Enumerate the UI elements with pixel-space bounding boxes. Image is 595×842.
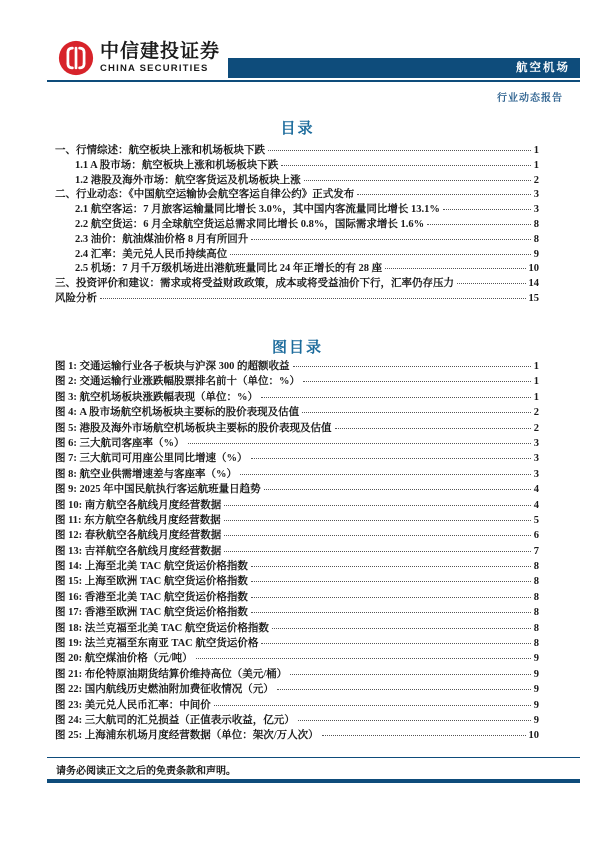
figure-entry-label: 图 1: 交通运输行业各子板块与沪深 300 的超额收益 [55,358,290,373]
figure-entry-page: 10 [529,730,540,741]
figure-entry-page: 8 [534,623,539,634]
figure-entry-page: 4 [534,500,539,511]
figure-entry-label: 图 15: 上海至欧洲 TAC 航空货运价格指数 [55,573,248,588]
dotted-leader [264,489,531,490]
figure-entry-label: 图 18: 法兰克福至北美 TAC 航空货运价格指数 [55,620,269,635]
footer-disclaimer: 请务必阅读正文之后的免责条款和声明。 [56,762,236,777]
brand-logo: 中信建投证券 CHINA SECURITIES [58,40,220,76]
dotted-leader [188,443,531,444]
figure-entry-label: 图 13: 吉祥航空各航线月度经营数据 [55,543,221,558]
figure-entry-page: 9 [534,653,539,664]
toc-list: 一、行情综述：航空板块上涨和机场板块下跌 1 1.1 A 股市场：航空板块上涨和… [55,142,539,305]
toc-entry: 2.3 油价：航油煤油价格 8 月有所回升 8 [55,231,539,246]
figure-toc-entry: 图 25: 上海浦东机场月度经营数据（单位：架次/万人次） 10 [55,727,539,742]
toc-entry-page: 1 [534,160,539,171]
toc-entry-page: 15 [529,293,540,304]
dotted-leader [251,597,531,598]
figure-entry-page: 1 [534,361,539,372]
figure-toc-entry: 图 6: 三大航司客座率（%） 3 [55,435,539,450]
figure-entry-label: 图 5: 港股及海外市场航空机场板块主要标的股价表现及估值 [55,420,332,435]
figure-entry-label: 图 20: 航空煤油价格（元/吨） [55,650,193,665]
toc-entry-label: 2.3 油价：航油煤油价格 8 月有所回升 [75,231,248,246]
figure-entry-label: 图 10: 南方航空各航线月度经营数据 [55,497,221,512]
figure-toc-entry: 图 22: 国内航线历史燃油附加费征收情况（元） 9 [55,681,539,696]
dotted-leader [224,551,531,552]
brand-name-cn: 中信建投证券 [100,42,220,61]
figure-entry-page: 7 [534,546,539,557]
dotted-leader [277,689,531,690]
dotted-leader [230,254,531,255]
dotted-leader [261,643,530,644]
figure-entry-page: 4 [534,484,539,495]
figure-toc-title: 图目录 [0,336,595,357]
figure-entry-page: 9 [534,669,539,680]
figure-entry-label: 图 2: 交通运输行业涨跌幅股票排名前十（单位：%） [55,373,300,388]
figure-entry-label: 图 6: 三大航司客座率（%） [55,435,185,450]
dotted-leader [268,150,531,151]
toc-entry-label: 三、投资评价和建议：需求或将受益财政政策，成本或将受益油价下行，汇率仍存压力 [55,275,454,290]
figure-entry-page: 8 [534,561,539,572]
toc-entry-label: 2.5 机场：7 月千万级机场进出港航班量同比 24 年正增长的有 28 座 [75,260,382,275]
figure-entry-page: 8 [534,638,539,649]
figure-entry-page: 3 [534,453,539,464]
brand-name-en: CHINA SECURITIES [100,64,220,74]
figure-entry-label: 图 24: 三大航司的汇兑损益（正值表示收益，亿元） [55,712,295,727]
figure-toc-entry: 图 2: 交通运输行业涨跌幅股票排名前十（单位：%） 1 [55,373,539,388]
header-divider [47,80,580,82]
dotted-leader [214,705,531,706]
toc-entry: 三、投资评价和建议：需求或将受益财政政策，成本或将受益油价下行，汇率仍存压力 1… [55,275,539,290]
figure-entry-page: 5 [534,515,539,526]
toc-entry-label: 2.2 航空货运：6 月全球航空货运总需求同比增长 0.8%，国际需求增长 1.… [75,216,424,231]
toc-entry-page: 10 [529,263,540,274]
figure-entry-page: 1 [534,392,539,403]
figure-entry-page: 8 [534,576,539,587]
toc-entry-page: 8 [534,234,539,245]
dotted-leader [303,381,531,382]
toc-entry-page: 3 [534,189,539,200]
figure-entry-label: 图 22: 国内航线历史燃油附加费征收情况（元） [55,681,274,696]
dotted-leader [443,209,531,210]
footer-divider-thin [47,757,580,758]
figure-entry-label: 图 7: 三大航司可用座公里同比增速（%） [55,450,248,465]
report-type-label: 行业动态报告 [497,89,563,104]
figure-toc-entry: 图 10: 南方航空各航线月度经营数据 4 [55,497,539,512]
dotted-leader [224,505,531,506]
toc-entry: 2.5 机场：7 月千万级机场进出港航班量同比 24 年正增长的有 28 座 1… [55,260,539,275]
figure-toc-entry: 图 7: 三大航司可用座公里同比增速（%） 3 [55,450,539,465]
figure-toc-entry: 图 13: 吉祥航空各航线月度经营数据 7 [55,543,539,558]
toc-entry: 风险分析 15 [55,290,539,305]
figure-toc-entry: 图 14: 上海至北美 TAC 航空货运价格指数 8 [55,558,539,573]
figure-entry-page: 1 [534,376,539,387]
dotted-leader [335,428,531,429]
figure-toc-entry: 图 1: 交通运输行业各子板块与沪深 300 的超额收益 1 [55,358,539,373]
figure-entry-label: 图 3: 航空机场板块涨跌幅表现（单位：%） [55,389,258,404]
toc-entry: 2.4 汇率：美元兑人民币持续高位 9 [55,246,539,261]
figure-toc-entry: 图 11: 东方航空各航线月度经营数据 5 [55,512,539,527]
figure-toc-entry: 图 9: 2025 年中国民航执行客运航班量日趋势 4 [55,481,539,496]
figure-entry-label: 图 11: 东方航空各航线月度经营数据 [55,512,221,527]
figure-toc-entry: 图 12: 春秋航空各航线月度经营数据 6 [55,527,539,542]
toc-entry-label: 2.4 汇率：美元兑人民币持续高位 [75,246,227,261]
figure-toc-entry: 图 3: 航空机场板块涨跌幅表现（单位：%） 1 [55,389,539,404]
toc-entry-label: 1.2 港股及海外市场：航空客货运及机场板块上涨 [75,172,301,187]
dotted-leader [427,224,531,225]
figure-entry-label: 图 4: A 股市场航空机场板块主要标的股价表现及估值 [55,404,299,419]
toc-entry: 1.2 港股及海外市场：航空客货运及机场板块上涨 2 [55,172,539,187]
toc-entry-label: 风险分析 [55,290,97,305]
dotted-leader [251,581,531,582]
dotted-leader [251,458,531,459]
toc-entry: 二、行业动态：《中国航空运输协会航空客运自律公约》正式发布 3 [55,186,539,201]
toc-entry-page: 2 [534,175,539,186]
figure-toc-entry: 图 17: 香港至欧洲 TAC 航空货运价格指数 8 [55,604,539,619]
figure-toc-entry: 图 16: 香港至北美 TAC 航空货运价格指数 8 [55,589,539,604]
figure-entry-label: 图 8: 航空业供需增速差与客座率（%） [55,466,237,481]
toc-entry-page: 1 [534,145,539,156]
toc-entry-label: 二、行业动态：《中国航空运输协会航空客运自律公约》正式发布 [55,186,354,201]
toc-entry-page: 14 [529,278,540,289]
dotted-leader [100,298,526,299]
dotted-leader [302,412,531,413]
figure-entry-page: 8 [534,607,539,618]
figure-entry-label: 图 25: 上海浦东机场月度经营数据（单位：架次/万人次） [55,727,319,742]
toc-entry: 2.1 航空客运：7 月旅客运输量同比增长 3.0%，其中国内客流量同比增长 1… [55,201,539,216]
dotted-leader [261,397,531,398]
figure-toc-entry: 图 8: 航空业供需增速差与客座率（%） 3 [55,466,539,481]
dotted-leader [298,720,531,721]
figure-entry-label: 图 23: 美元兑人民币汇率：中间价 [55,697,211,712]
dotted-leader [240,474,531,475]
figure-toc-entry: 图 4: A 股市场航空机场板块主要标的股价表现及估值 2 [55,404,539,419]
sector-tag-bar: 航空机场 [228,58,580,78]
toc-entry-page: 8 [534,219,539,230]
figure-toc-entry: 图 18: 法兰克福至北美 TAC 航空货运价格指数 8 [55,620,539,635]
toc-title: 目录 [0,117,595,138]
figure-entry-page: 3 [534,438,539,449]
toc-entry-label: 2.1 航空客运：7 月旅客运输量同比增长 3.0%，其中国内客流量同比增长 1… [75,201,440,216]
toc-entry-label: 一、行情综述：航空板块上涨和机场板块下跌 [55,142,265,157]
figure-toc-entry: 图 20: 航空煤油价格（元/吨） 9 [55,650,539,665]
figure-toc-entry: 图 21: 布伦特原油期货结算价维持高位（美元/桶） 9 [55,666,539,681]
dotted-leader [251,612,531,613]
figure-entry-page: 3 [534,469,539,480]
footer-divider-thick [47,779,580,783]
toc-entry: 一、行情综述：航空板块上涨和机场板块下跌 1 [55,142,539,157]
dotted-leader [251,239,531,240]
dotted-leader [281,165,530,166]
dotted-leader [385,268,525,269]
figure-entry-label: 图 14: 上海至北美 TAC 航空货运价格指数 [55,558,248,573]
citic-gate-icon [58,40,94,76]
dotted-leader [251,566,531,567]
figure-toc-entry: 图 15: 上海至欧洲 TAC 航空货运价格指数 8 [55,573,539,588]
toc-entry-label: 1.1 A 股市场：航空板块上涨和机场板块下跌 [75,157,278,172]
figure-entry-page: 6 [534,530,539,541]
toc-entry-page: 3 [534,204,539,215]
figure-toc-entry: 图 5: 港股及海外市场航空机场板块主要标的股价表现及估值 2 [55,420,539,435]
report-page: 中信建投证券 CHINA SECURITIES 航空机场 行业动态报告 目录 一… [0,0,595,842]
dotted-leader [293,366,531,367]
figure-entry-label: 图 12: 春秋航空各航线月度经营数据 [55,527,221,542]
dotted-leader [224,520,531,521]
toc-entry: 2.2 航空货运：6 月全球航空货运总需求同比增长 0.8%，国际需求增长 1.… [55,216,539,231]
figure-entry-label: 图 17: 香港至欧洲 TAC 航空货运价格指数 [55,604,248,619]
figure-toc-entry: 图 23: 美元兑人民币汇率：中间价 9 [55,697,539,712]
figure-entry-label: 图 9: 2025 年中国民航执行客运航班量日趋势 [55,481,261,496]
figure-entry-page: 9 [534,715,539,726]
dotted-leader [457,283,526,284]
figure-entry-page: 9 [534,700,539,711]
figure-entry-label: 图 19: 法兰克福至东南亚 TAC 航空货运价格 [55,635,258,650]
figure-entry-label: 图 16: 香港至北美 TAC 航空货运价格指数 [55,589,248,604]
figure-entry-page: 9 [534,684,539,695]
figure-toc-entry: 图 19: 法兰克福至东南亚 TAC 航空货运价格 8 [55,635,539,650]
dotted-leader [272,628,531,629]
toc-entry-page: 9 [534,249,539,260]
figure-entry-page: 8 [534,592,539,603]
figure-entry-page: 2 [534,423,539,434]
figure-entry-page: 2 [534,407,539,418]
dotted-leader [290,674,531,675]
figure-entry-label: 图 21: 布伦特原油期货结算价维持高位（美元/桶） [55,666,287,681]
figure-toc-entry: 图 24: 三大航司的汇兑损益（正值表示收益，亿元） 9 [55,712,539,727]
brand-text: 中信建投证券 CHINA SECURITIES [100,42,220,74]
dotted-leader [196,658,531,659]
dotted-leader [357,194,531,195]
dotted-leader [322,735,526,736]
dotted-leader [304,180,531,181]
figure-toc-list: 图 1: 交通运输行业各子板块与沪深 300 的超额收益 1 图 2: 交通运输… [55,358,539,743]
dotted-leader [224,535,531,536]
toc-entry: 1.1 A 股市场：航空板块上涨和机场板块下跌 1 [55,157,539,172]
